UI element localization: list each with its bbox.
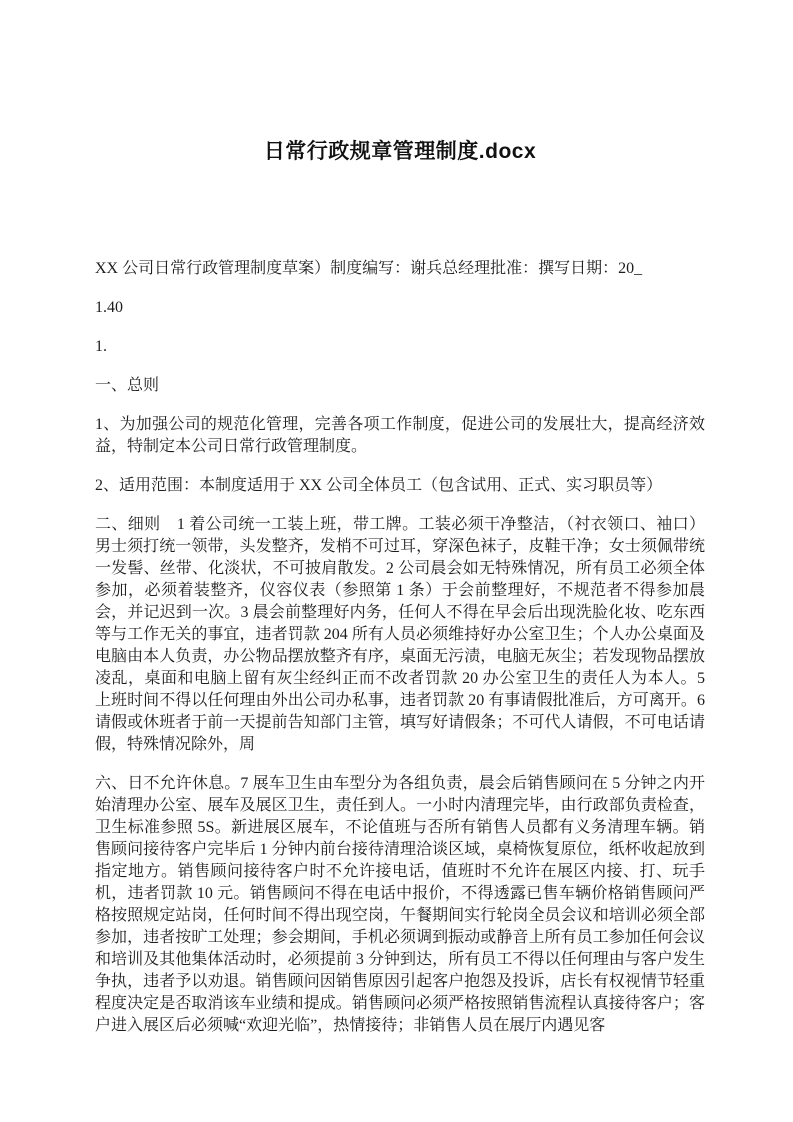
paragraph-number-1: 1.: [95, 336, 705, 358]
document-page: 日常行政规章管理制度.docx XX 公司日常行政管理制度草案）制度编写：谢兵总…: [0, 0, 793, 1122]
paragraph-number-1-40: 1.40: [95, 297, 705, 319]
paragraph-detailed-rules: 二、细则 1 着公司统一工装上班，带工牌。工装必须干净整洁，（衬衣领口、袖口）男…: [95, 514, 705, 756]
paragraph-scope: 2、适用范围：本制度适用于 XX 公司全体员工（包含试用、正式、实习职员等）: [95, 475, 705, 497]
paragraph-showroom-rules: 六、日不允许休息。7 展车卫生由车型分为各组负责，晨会后销售顾问在 5 分钟之内…: [95, 773, 705, 1037]
document-title: 日常行政规章管理制度.docx: [95, 138, 705, 165]
paragraph-meta-line: XX 公司日常行政管理制度草案）制度编写：谢兵总经理批准：撰写日期：20_: [95, 258, 705, 280]
paragraph-purpose: 1、为加强公司的规范化管理，完善各项工作制度，促进公司的发展壮大，提高经济效益，…: [95, 414, 705, 458]
document-body: XX 公司日常行政管理制度草案）制度编写：谢兵总经理批准：撰写日期：20_ 1.…: [95, 258, 705, 1037]
section-heading-general-rules: 一、总则: [95, 375, 705, 397]
